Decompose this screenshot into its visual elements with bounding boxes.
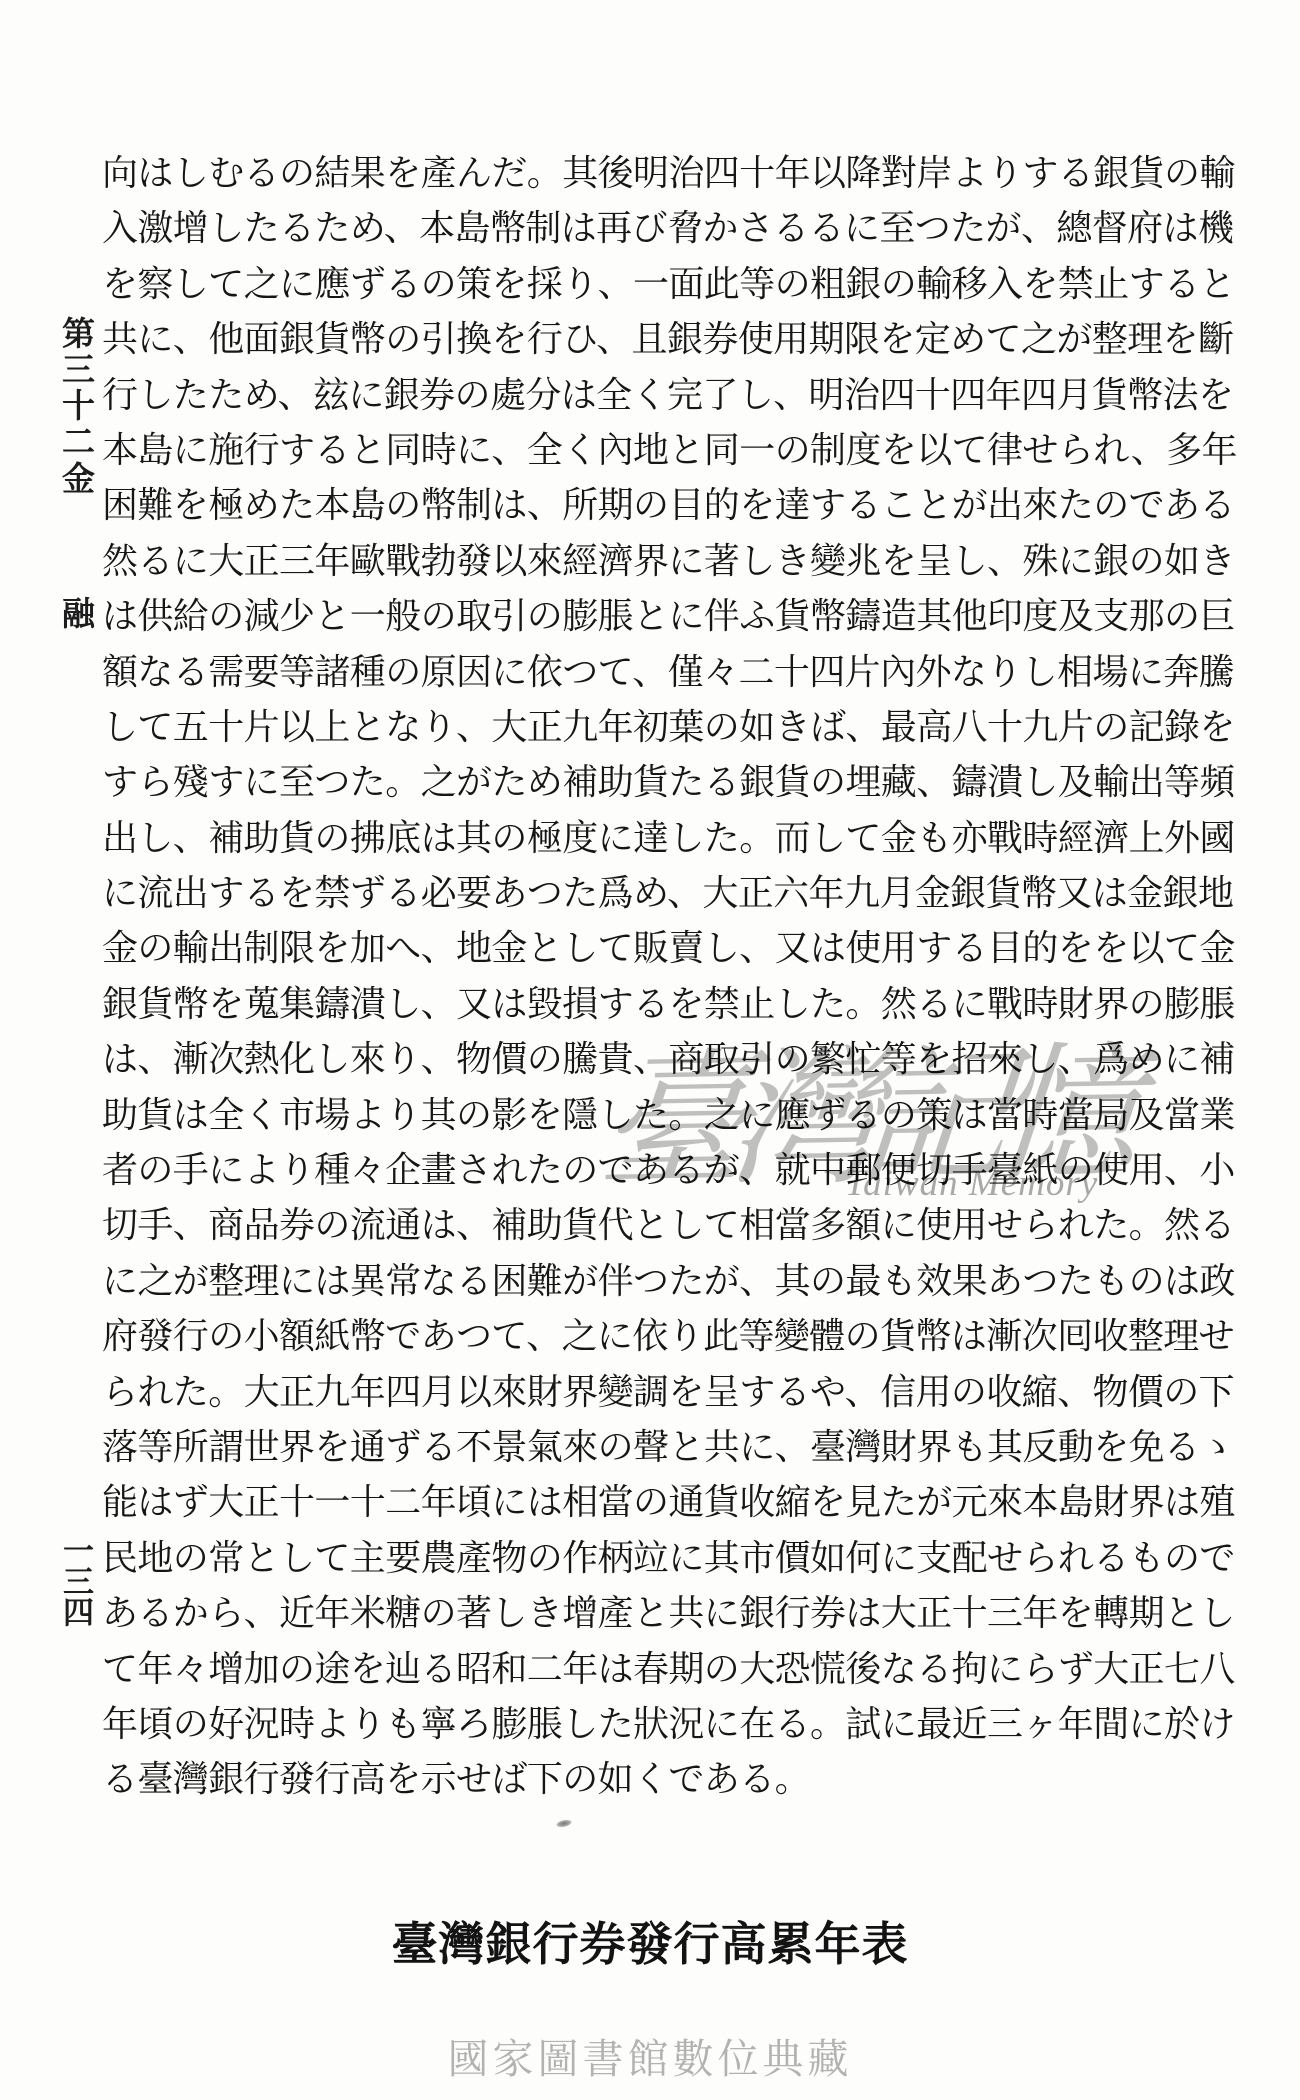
- body-line: られた。大正九年四月以來財界變調を呈するや、信用の收縮、物價の下: [102, 1365, 1252, 1420]
- body-line: 者の手により種々企畫されたのであるが、就中郵便切手臺紙の使用、小: [102, 1143, 1252, 1198]
- body-line: 民地の常として主要農產物の作柄竝に其市價如何に支配せられるもので: [102, 1531, 1252, 1586]
- table-title: 臺灣銀行券發行高累年表: [0, 1908, 1300, 1974]
- body-line: 府發行の小額紙幣であつて、之に依り此等變體の貨幣は漸次囘收整理せ: [102, 1309, 1252, 1364]
- body-line: 困難を極めた本島の幣制は、所期の目的を達することが出來たのである: [102, 478, 1252, 533]
- body-line: は、漸次熱化し來り、物價の騰貴、商取引の繁忙等を招來し、爲めに補: [102, 1032, 1252, 1087]
- body-line: あるから、近年米糖の著しき增產と共に銀行券は大正十三年を轉期とし: [102, 1586, 1252, 1641]
- scanned-document-page: 第三十二 金 融 一三四 向はしむるの結果を產んだ。其後明治四十年以降對岸よりす…: [0, 0, 1300, 2100]
- body-line: して五十片以上となり、大正九年初葉の如きば、最高八十九片の記錄を: [102, 700, 1252, 755]
- body-text-block: 向はしむるの結果を產んだ。其後明治四十年以降對岸よりする銀貨の輸入激增したるため…: [102, 146, 1252, 1808]
- body-line: 能はず大正十一十二年頃には相當の通貨收縮を見たが元來本島財界は殖: [102, 1475, 1252, 1530]
- body-line: 入激增したるため、本島幣制は再び脅かさるるに至つたが、總督府は機: [102, 201, 1252, 256]
- body-line: 向はしむるの結果を產んだ。其後明治四十年以降對岸よりする銀貨の輸: [102, 146, 1252, 201]
- body-line: 銀貨幣を蒐集鑄潰し、又は毀損するを禁止した。然るに戰時財界の膨脹: [102, 977, 1252, 1032]
- body-line: 年頃の好況時よりも寧ろ膨脹した狀況に在る。試に最近三ヶ年間に於け: [102, 1697, 1252, 1752]
- body-line: 出し、補助貨の拂底は其の極度に達した。而して金も亦戰時經濟上外國: [102, 811, 1252, 866]
- body-line: 然るに大正三年歐戰勃發以來經濟界に著しき變兆を呈し、殊に銀の如き: [102, 534, 1252, 589]
- body-line: 助貨は全く市場より其の影を隱した。之に應ずるの策は當時當局及當業: [102, 1088, 1252, 1143]
- body-line: 落等所謂世界を通ずる不景氣來の聲と共に、臺灣財界も其反動を免るゝ: [102, 1420, 1252, 1475]
- body-line: に之が整理には異常なる困難が伴つたが、其の最も效果あつたものは政: [102, 1254, 1252, 1309]
- margin-section-label-kin: 金: [58, 461, 92, 497]
- body-line: は供給の減少と一般の取引の膨脹とに伴ふ貨幣鑄造其他印度及支那の巨: [102, 589, 1252, 644]
- body-line: を察して之に應ずるの策を採り、一面此等の粗銀の輸移入を禁止すると: [102, 257, 1252, 312]
- body-line: に流出するを禁ずる必要あつた爲め、大正六年九月金銀貨幣又は金銀地: [102, 866, 1252, 921]
- margin-chapter-label: 第三十二: [58, 316, 92, 460]
- body-line: 共に、他面銀貨幣の引換を行ひ、且銀券使用期限を定めて之が整理を斷: [102, 312, 1252, 367]
- body-line: て年々增加の途を辿る昭和二年は春期の大恐慌後なる拘にらず大正七八: [102, 1642, 1252, 1697]
- body-line: る臺灣銀行發行高を示せば下の如くである。: [102, 1752, 1252, 1807]
- national-library-watermark: 國家圖書館數位典藏: [0, 2026, 1300, 2085]
- body-line: すら殘すに至つた。之がため補助貨たる銀貨の埋藏、鑄潰し及輸出等頻: [102, 755, 1252, 810]
- body-line: 本島に施行すると同時に、全く內地と同一の制度を以て律せられ、多年: [102, 423, 1252, 478]
- page-number: 一三四: [60, 1534, 90, 1627]
- margin-section-label-yuu: 融: [58, 596, 92, 632]
- ink-smudge-artifact: [555, 1818, 572, 1828]
- body-line: 行したため、玆に銀券の處分は全く完了し、明治四十四年四月貨幣法を: [102, 368, 1252, 423]
- body-line: 金の輸出制限を加へ、地金として販賣し、又は使用する目的をを以て金: [102, 921, 1252, 976]
- body-line: 額なる需要等諸種の原因に依つて、僅々二十四片內外なりし相場に奔騰: [102, 645, 1252, 700]
- body-line: 切手、商品券の流通は、補助貨代として相當多額に使用せられた。然る: [102, 1198, 1252, 1253]
